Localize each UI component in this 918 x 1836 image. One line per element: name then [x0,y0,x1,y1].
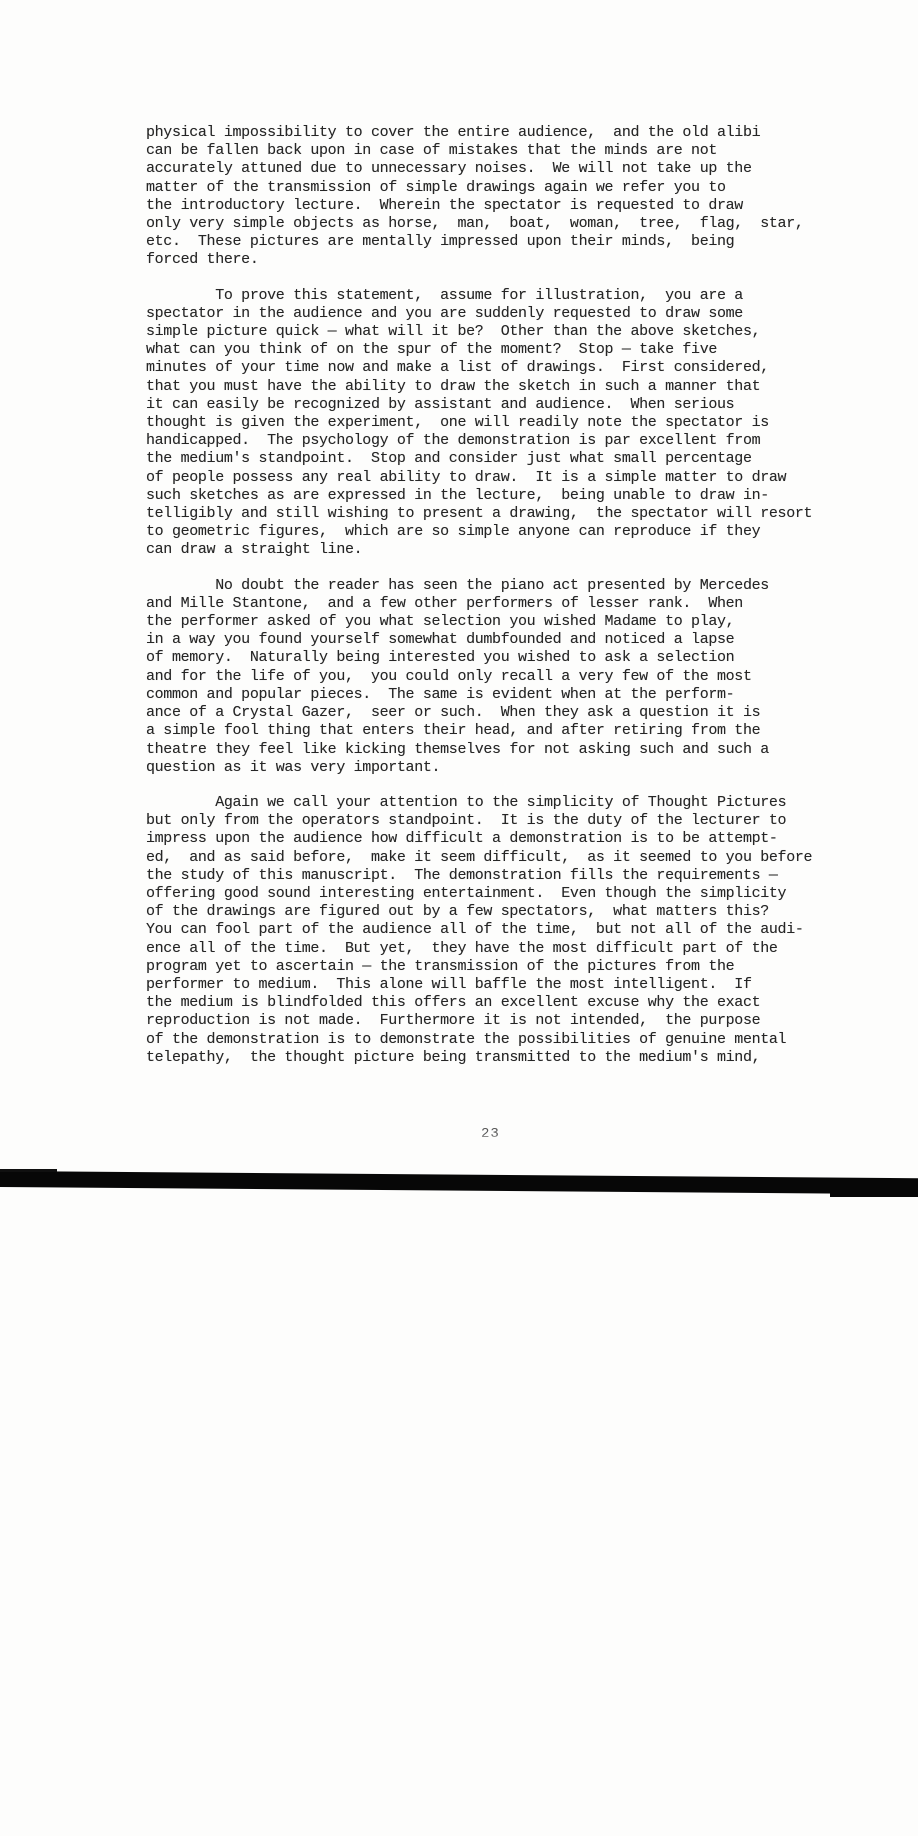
paragraph-3: No doubt the reader has seen the piano a… [146,577,826,777]
scan-artifact-bar-step-right [830,1190,918,1197]
paragraph-1: physical impossibility to cover the enti… [146,124,826,270]
text-column: physical impossibility to cover the enti… [146,124,826,1084]
page-number: 23 [481,1126,500,1142]
scan-artifact-bar [0,1171,918,1194]
paragraph-4: Again we call your attention to the simp… [146,794,826,1067]
scan-artifact-bar-step-left [0,1169,57,1172]
paragraph-2: To prove this statement, assume for illu… [146,287,826,560]
document-page: physical impossibility to cover the enti… [0,0,918,1836]
